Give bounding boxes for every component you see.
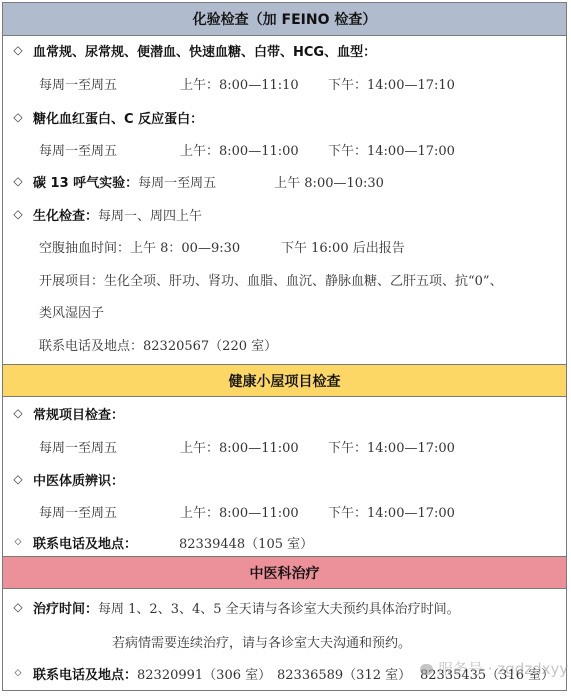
item-label: 联系电话及地点： (33, 664, 137, 683)
contact-phone: 82339448（105 室） (179, 533, 313, 552)
schedule-row: 每周一至周五 上午：8:00—11:00 下午：14:00—17:00 (3, 137, 566, 161)
afternoon-hours: 下午：14:00—17:10 (328, 74, 455, 93)
diamond-bullet-icon: ◇ (7, 600, 29, 614)
contact-text: 联系电话及地点：82320567（220 室） (39, 335, 277, 354)
afternoon-hours: 下午：14:00—17:00 (328, 437, 455, 456)
treatment-time: 每周 1、2、3、4、5 全天请与各诊室大夫预约具体治疗时间。 (98, 598, 460, 617)
projects-row-continued: 类风湿因子 (3, 299, 566, 323)
morning-hours: 上午 8:00—10:30 (274, 172, 384, 191)
days: 每周一至周五 (138, 172, 274, 191)
item-label: 治疗时间： (33, 598, 98, 617)
section-header-tcm-treatment: 中医科治疗 (3, 556, 566, 589)
afternoon-hours: 下午：14:00—17:00 (328, 140, 455, 159)
watermark-text: 服务号 · zgdzdxyy (438, 660, 568, 678)
contact-row: 联系电话及地点：82320567（220 室） (3, 332, 566, 356)
list-item: ◇ 糖化血红蛋白、C 反应蛋白： (3, 105, 566, 129)
item-label: 联系电话及地点： (33, 533, 179, 552)
fasting-row: 空腹抽血时间：上午 8：00—9:30 下午 16:00 后出报告 (3, 234, 566, 258)
diamond-bullet-icon: ◇ (7, 110, 29, 124)
diamond-bullet-icon: ◇ (7, 207, 29, 221)
days: 每周一至周五 (39, 437, 180, 456)
days: 每周一至周五 (39, 502, 180, 521)
item-label: 中医体质辨识： (33, 470, 124, 489)
list-item: ◇ 碳 13 呼气实验： 每周一至周五 上午 8:00—10:30 (3, 169, 566, 193)
diamond-bullet-icon: ◇ (7, 472, 29, 486)
treatment-note: 若病情需要连续治疗，请与各诊室大夫沟通和预约。 (112, 632, 411, 651)
list-item: ◇ 中医体质辨识： (3, 467, 566, 491)
section-header-lab-tests: 化验检查（加 FEINO 检查） (3, 3, 566, 36)
wechat-icon (420, 664, 433, 675)
contact-row: ◇ 联系电话及地点： 82339448（105 室） (3, 530, 566, 554)
fasting-time: 空腹抽血时间：上午 8：00—9:30 (39, 237, 281, 256)
days: 每周一至周五 (39, 140, 180, 159)
list-item: ◇ 生化检查： 每周一、周四上午 (3, 202, 566, 226)
report-time: 下午 16:00 后出报告 (281, 237, 405, 256)
item-label: 生化检查： (33, 205, 98, 224)
days: 每周一、周四上午 (98, 205, 202, 224)
schedule-table: 化验检查（加 FEINO 检查） ◇ 血常规、尿常规、便潜血、快速血糖、白带、H… (2, 2, 567, 691)
diamond-bullet-icon: ◇ (7, 668, 29, 678)
list-item: ◇ 血常规、尿常规、便潜血、快速血糖、白带、HCG、血型： (3, 38, 566, 62)
schedule-row: 每周一至周五 上午：8:00—11:10 下午：14:00—17:10 (3, 71, 566, 95)
item-label: 糖化血红蛋白、C 反应蛋白： (33, 108, 203, 127)
diamond-bullet-icon: ◇ (7, 406, 29, 420)
projects-row: 开展项目：生化全项、肝功、肾功、血脂、血沉、静脉血糖、乙肝五项、抗“0”、 (3, 267, 566, 291)
list-item: ◇ 常规项目检查： (3, 401, 566, 425)
item-label: 血常规、尿常规、便潜血、快速血糖、白带、HCG、血型： (33, 41, 376, 60)
watermark: 服务号 · zgdzdxyy (420, 658, 568, 679)
schedule-row: 每周一至周五 上午：8:00—11:00 下午：14:00—17:00 (3, 499, 566, 523)
diamond-bullet-icon: ◇ (7, 537, 29, 547)
morning-hours: 上午：8:00—11:00 (180, 140, 328, 159)
contact-phone-312: 82336589（312 室） (277, 664, 420, 683)
item-label: 常规项目检查： (33, 404, 124, 423)
diamond-bullet-icon: ◇ (7, 43, 29, 57)
diamond-bullet-icon: ◇ (7, 174, 29, 188)
projects-text: 开展项目：生化全项、肝功、肾功、血脂、血沉、静脉血糖、乙肝五项、抗“0”、 (39, 270, 503, 289)
note-row: 若病情需要连续治疗，请与各诊室大夫沟通和预约。 (3, 629, 566, 653)
morning-hours: 上午：8:00—11:00 (180, 437, 328, 456)
projects-text: 类风湿因子 (39, 302, 104, 321)
item-label: 碳 13 呼气实验： (33, 172, 138, 191)
schedule-row: 每周一至周五 上午：8:00—11:00 下午：14:00—17:00 (3, 434, 566, 458)
morning-hours: 上午：8:00—11:10 (180, 74, 328, 93)
days: 每周一至周五 (39, 74, 180, 93)
list-item: ◇ 治疗时间： 每周 1、2、3、4、5 全天请与各诊室大夫预约具体治疗时间。 (3, 595, 566, 619)
morning-hours: 上午：8:00—11:00 (180, 502, 328, 521)
contact-phone-306: 82320991（306 室） (137, 664, 277, 683)
section-header-health-hut: 健康小屋项目检查 (3, 364, 566, 397)
afternoon-hours: 下午：14:00—17:00 (328, 502, 455, 521)
